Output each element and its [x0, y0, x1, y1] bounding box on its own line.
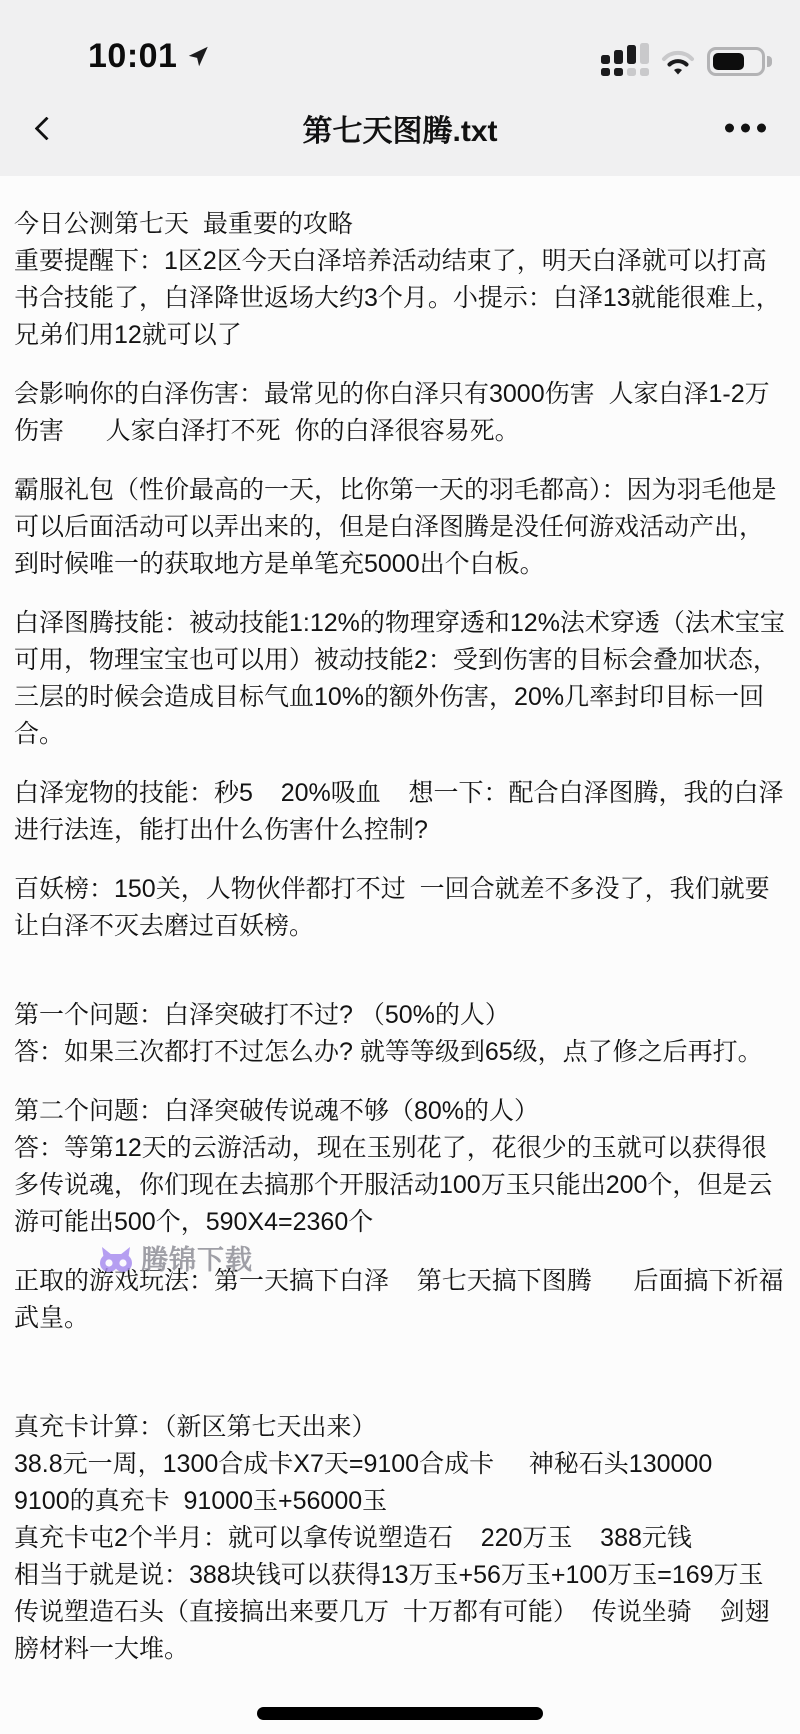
- paragraph-card-math: 真充卡计算：（新区第七天出来） 38.8元一周，1300合成卡X7天=9100合…: [14, 1409, 787, 1668]
- wifi-icon: [661, 50, 695, 76]
- page-title: 第七天图腾.txt: [0, 106, 800, 150]
- document-content: 今日公测第七天 最重要的攻略 重要提醒下：1区2区今天白泽培养活动结束了，明天白…: [0, 176, 800, 1668]
- chevron-left-icon: [34, 116, 58, 140]
- nav-bar: 第七天图腾.txt: [0, 80, 800, 176]
- paragraph-question-1: 第一个问题：白泽突破打不过? （50%的人） 答：如果三次都打不过怎么办? 就等…: [14, 997, 787, 1071]
- cellular-signal-icon: [601, 42, 649, 76]
- status-right: [601, 42, 772, 76]
- paragraph-pet-skills: 白泽宠物的技能：秒5 20%吸血 想一下：配合白泽图腾，我的白泽进行法连，能打出…: [14, 775, 787, 849]
- location-arrow-icon: [185, 44, 211, 70]
- paragraph-gift-pack: 霸服礼包（性价最高的一天，比你第一天的羽毛都高）：因为羽毛他是可以后面活动可以弄…: [14, 472, 787, 583]
- header: 10:01: [0, 0, 800, 176]
- paragraph-intro: 今日公测第七天 最重要的攻略 重要提醒下：1区2区今天白泽培养活动结束了，明天白…: [14, 206, 787, 354]
- paragraph-question-2: 第二个问题：白泽突破传说魂不够（80%的人） 答：等第12天的云游活动，现在玉别…: [14, 1093, 787, 1241]
- paragraph-totem-skills: 白泽图腾技能：被动技能1:12%的物理穿透和12%法术穿透（法术宝宝可用，物理宝…: [14, 605, 787, 753]
- status-left: 10:01: [88, 37, 211, 76]
- status-bar: 10:01: [0, 0, 800, 80]
- clock-time: 10:01: [88, 37, 177, 76]
- battery-cap: [767, 56, 772, 67]
- back-button[interactable]: [24, 106, 68, 150]
- battery-icon: [707, 47, 772, 76]
- paragraph-gameplay: 正取的游戏玩法：第一天搞下白泽 第七天搞下图腾 后面搞下祈福武皇。: [14, 1263, 787, 1337]
- ellipsis-icon: [725, 124, 734, 133]
- home-indicator[interactable]: [257, 1707, 543, 1720]
- battery-fill: [713, 53, 744, 70]
- more-button[interactable]: [721, 114, 770, 143]
- paragraph-damage: 会影响你的白泽伤害：最常见的你白泽只有3000伤害 人家白泽1-2万伤害 人家白…: [14, 376, 787, 450]
- phone-screen: 10:01: [0, 0, 800, 1734]
- paragraph-baiyao-rank: 百妖榜：150关，人物伙伴都打不过 一回合就差不多没了，我们就要让白泽不灭去磨过…: [14, 871, 787, 945]
